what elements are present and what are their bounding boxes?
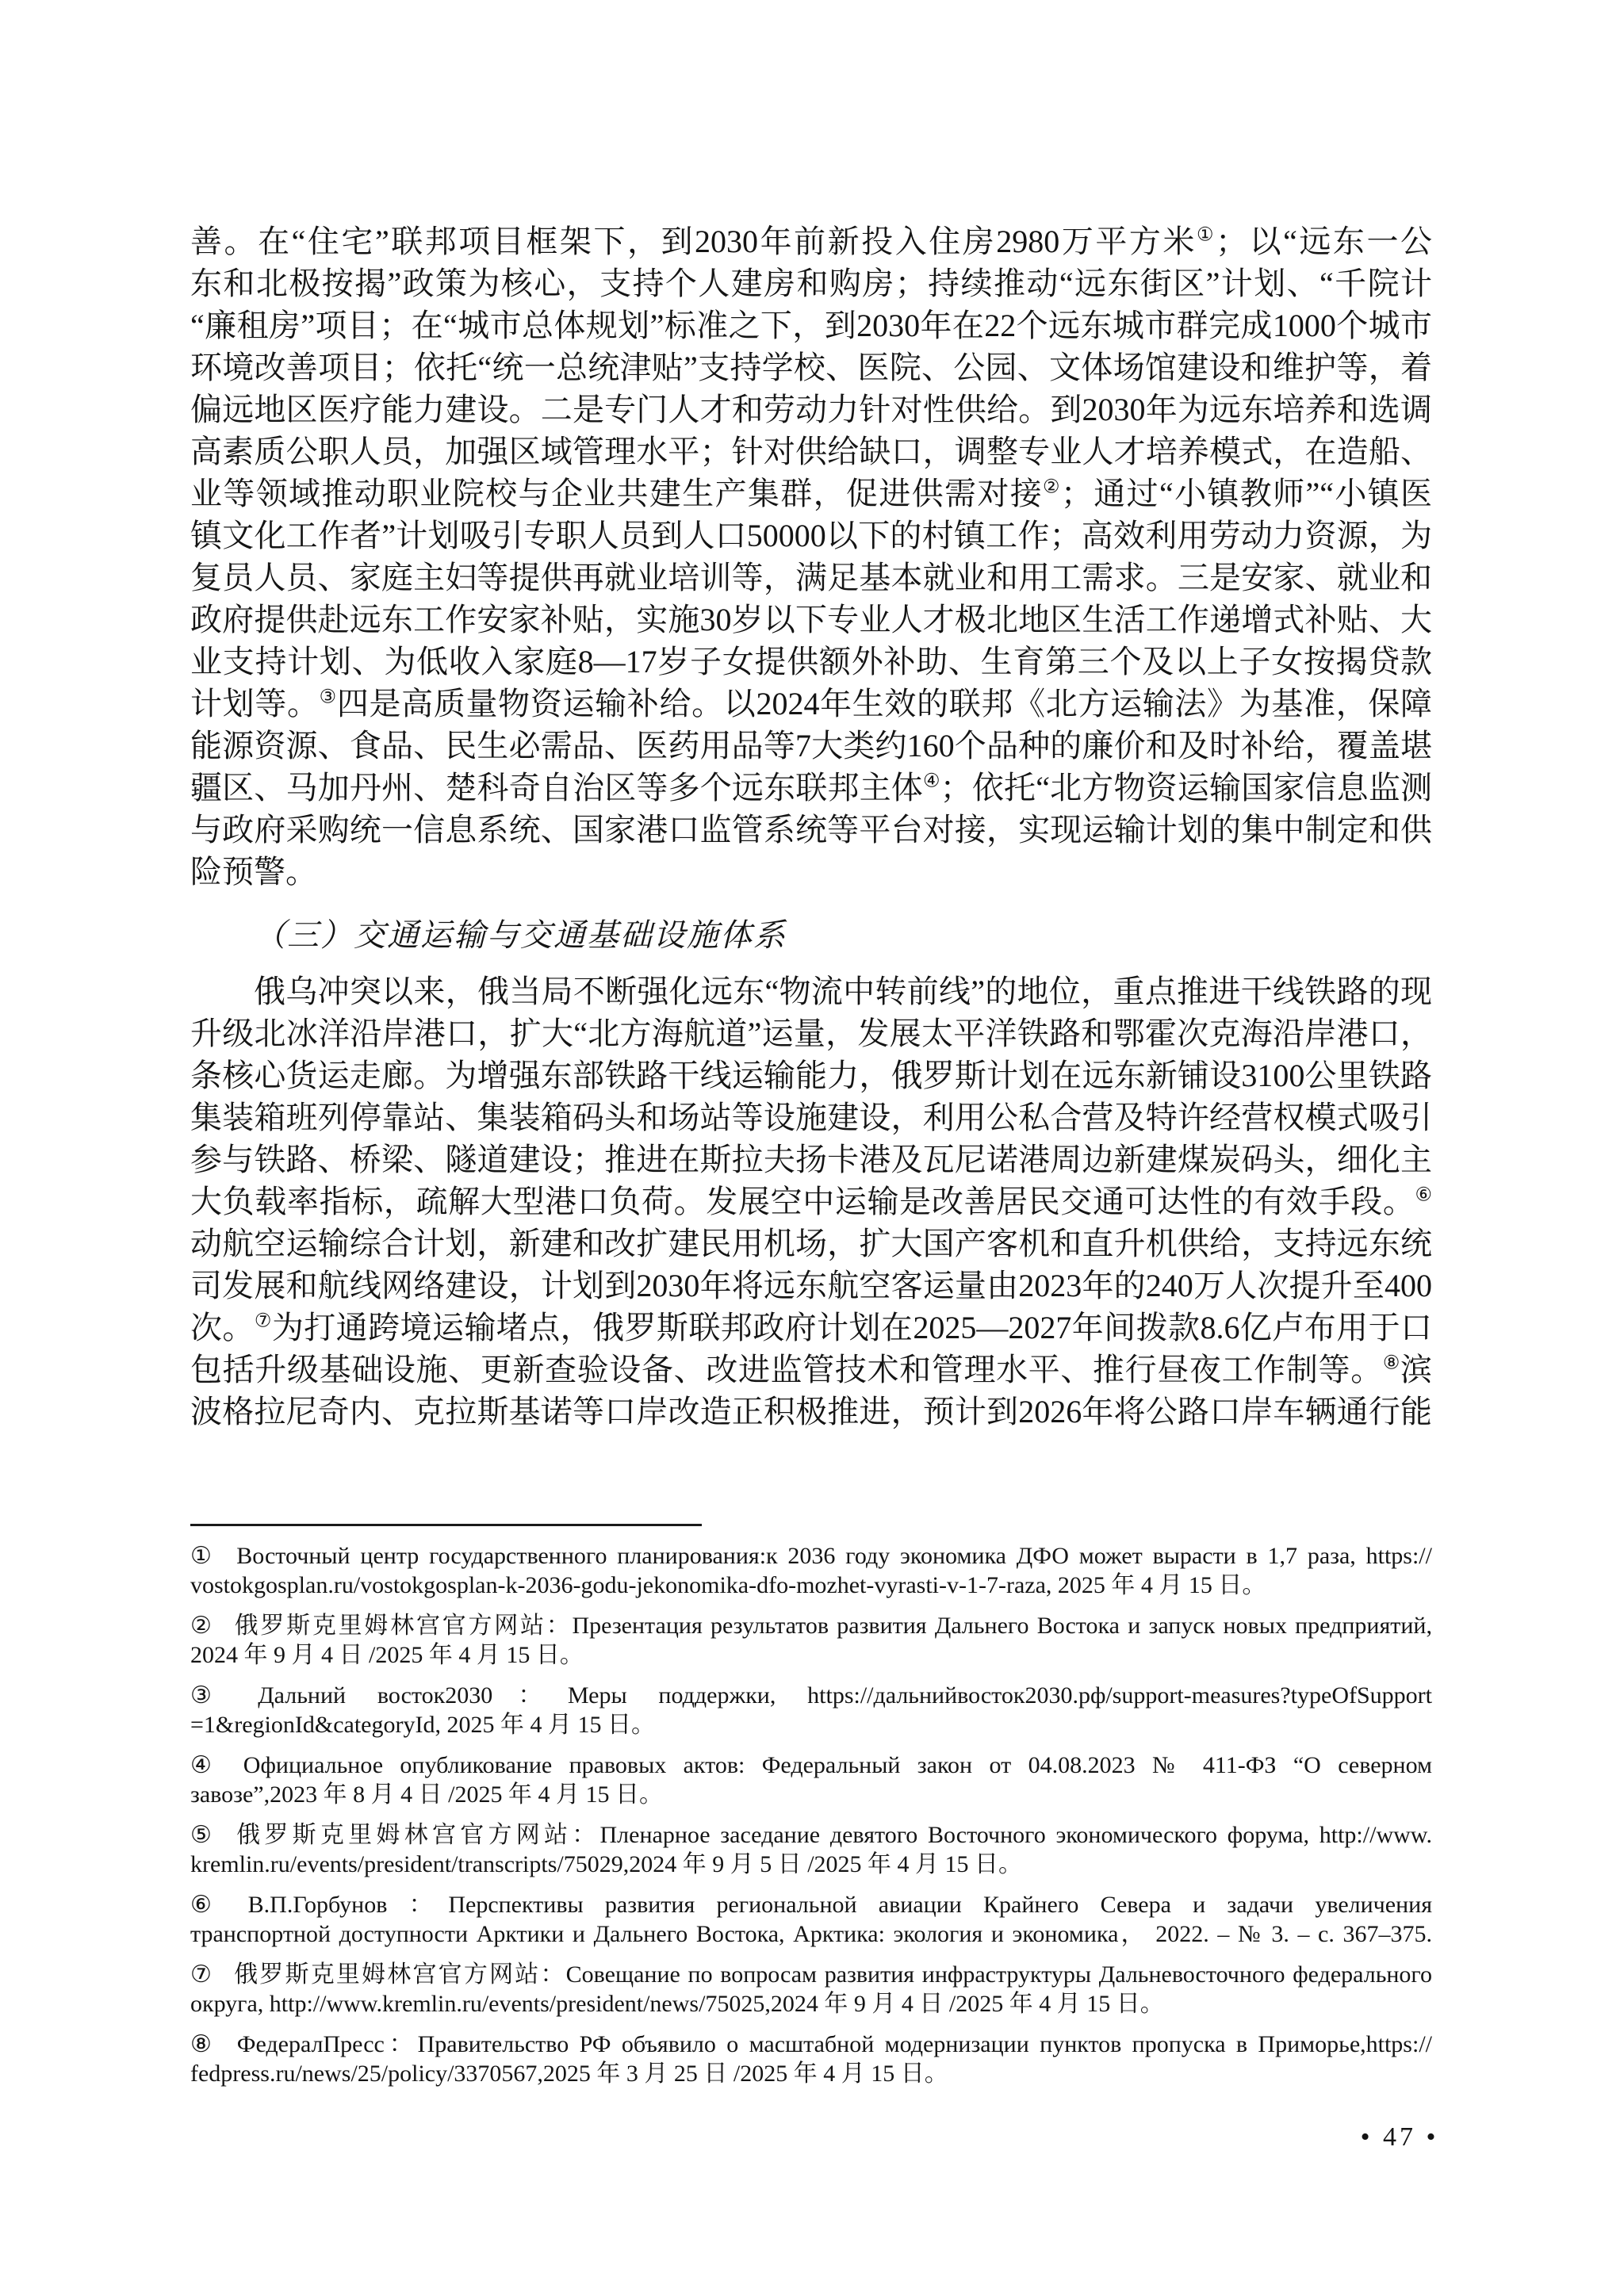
footnote-text: 俄罗斯克里姆林宫官方网站：Совещание по вопросам разви… [234, 1961, 1432, 1988]
text-line: 俄乌冲突以来，俄当局不断强化远东“物流中转前线”的地位，重点推进干线铁路的现代化… [190, 970, 1432, 1012]
footnote-line: ⑦俄罗斯克里姆林宫官方网站：Совещание по вопросам разв… [190, 1960, 1432, 1989]
footnote-line: округа, http://www.kremlin.ru/events/pre… [190, 1989, 1432, 2019]
footnote-line: ⑤俄罗斯克里姆林宫官方网站：Пленарное заседание девято… [190, 1820, 1432, 1850]
text-line: 业等领域推动职业院校与企业共建生产集群，促进供需对接②；通过“小镇教师”“小镇医… [190, 473, 1432, 515]
footnote-line: ⑥В.П.Горбунов ：Перспективы развития реги… [190, 1890, 1432, 1919]
text-line: 能源资源、食品、民生必需品、医药用品等7大类约160个品种的廉价和及时补给，覆盖… [190, 725, 1432, 767]
footnote-text: 俄罗斯克里姆林宫官方网站：Пленарное заседание девятог… [236, 1822, 1432, 1848]
footnote-line: ④Официальное опубликование правовых акто… [190, 1751, 1432, 1780]
text-line: 疆区、马加丹州、楚科奇自治区等多个远东联邦主体④；依托“北方物资运输国家信息监测… [190, 767, 1432, 809]
footnote-number: ④ [190, 1752, 223, 1778]
footnote-number: ⑦ [190, 1961, 213, 1988]
footnote-line: fedpress.ru/news/25/policy/3370567,2025 … [190, 2059, 1432, 2088]
paragraph-2: 俄乌冲突以来，俄当局不断强化远东“物流中转前线”的地位，重点推进干线铁路的现代化… [190, 970, 1432, 1433]
text-line: 与政府采购统一信息系统、国家港口监管系统等平台对接，实现运输计划的集中制定和供应… [190, 809, 1432, 851]
footnote-line: ①Восточный центр государственного планир… [190, 1541, 1432, 1571]
footnote-line: завозе”,2023 年 8 月 4 日 /2025 年 4 月 15 日。 [190, 1780, 1432, 1809]
footnote-item: ②俄罗斯克里姆林宫官方网站：Презентация результатов ра… [190, 1611, 1432, 1670]
footnote-item: ④Официальное опубликование правовых акто… [190, 1751, 1432, 1809]
text-line: 波格拉尼奇内、克拉斯基诺等口岸改造正积极推进，预计到2026年将公路口岸车辆通行… [190, 1391, 1432, 1433]
text-line: 升级北冰洋沿岸港口，扩大“北方海航道”运量，发展太平洋铁路和鄂霍次克海沿岸港口，… [190, 1012, 1432, 1054]
text-line: 高素质公职人员，加强区域管理水平；针对供给缺口，调整专业人才培养模式，在造船、航… [190, 430, 1432, 473]
footnote-text: ФедералПресс：Правительство РФ объявило о… [237, 2031, 1432, 2057]
footnote-item: ①Восточный центр государственного планир… [190, 1541, 1432, 1600]
footnote-line: ⑧ФедералПресс：Правительство РФ объявило … [190, 2030, 1432, 2059]
section-heading: （三）交通运输与交通基础设施体系 [190, 914, 1432, 956]
text-line: 东和北极按揭”政策为核心，支持个人建房和购房；持续推动“远东街区”计划、“千院计… [190, 262, 1432, 304]
footnotes-section: ①Восточный центр государственного планир… [190, 1541, 1432, 2099]
text-line: 条核心货运走廊。为增强东部铁路干线运输能力，俄罗斯计划在远东新铺设3100公里铁… [190, 1054, 1432, 1096]
footnote-number: ③ [190, 1682, 237, 1709]
footnote-separator [190, 1524, 702, 1526]
text-line: 司发展和航线网络建设，计划到2030年将远东航空客运量由2023年的240万人次… [190, 1265, 1432, 1307]
text-line: 参与铁路、桥梁、隧道建设；推进在斯拉夫扬卡港及瓦尼诺港周边新建煤炭码头，细化主要… [190, 1138, 1432, 1181]
footnote-line: транспортной доступности Арктики и Дальн… [190, 1919, 1432, 1949]
footnote-line: 2024 年 9 月 4 日 /2025 年 4 月 15 日。 [190, 1640, 1432, 1670]
text-line: 集装箱班列停靠站、集装箱码头和场站等设施建设，利用公私合营及特许经营权模式吸引私… [190, 1096, 1432, 1138]
text-line: 镇文化工作者”计划吸引专职人员到人口50000以下的村镇工作；高效利用劳动力资源… [190, 515, 1432, 557]
footnote-number: ① [190, 1543, 216, 1569]
footnote-text: В.П.Горбунов ：Перспективы развития регио… [248, 1892, 1432, 1918]
text-line: 计划等。③四是高质量物资运输补给。以2024年生效的联邦《北方运输法》为基准，保… [190, 683, 1432, 725]
text-line: 包括升级基础设施、更新查验设备、改进监管技术和管理水平、推行昼夜工作制等。⑧滨海… [190, 1349, 1432, 1391]
footnote-number: ② [190, 1613, 214, 1639]
footnote-item: ⑦俄罗斯克里姆林宫官方网站：Совещание по вопросам разв… [190, 1960, 1432, 2019]
footnote-item: ③Дальний восток2030：Меры поддержки, http… [190, 1681, 1432, 1739]
text-line: 险预警。 [190, 851, 1432, 893]
text-line: 环境改善项目；依托“统一总统津贴”支持学校、医院、公园、文体场馆建设和维护等，着… [190, 346, 1432, 388]
footnote-item: ⑥В.П.Горбунов ：Перспективы развития реги… [190, 1890, 1432, 1949]
text-line: 偏远地区医疗能力建设。二是专门人才和劳动力针对性供给。到2030年为远东培养和选… [190, 388, 1432, 430]
footnote-text: Официальное опубликование правовых актов… [243, 1752, 1432, 1778]
footnote-line: =1&regionId&categoryId, 2025 年 4 月 15 日。 [190, 1710, 1432, 1739]
text-line: 业支持计划、为低收入家庭8—17岁子女提供额外补助、生育第三个及以上子女按揭贷款… [190, 641, 1432, 683]
footnote-text: Восточный центр государственного планиро… [236, 1543, 1432, 1569]
footnote-text: Дальний восток2030：Меры поддержки, https… [258, 1682, 1432, 1709]
footnote-text: 俄罗斯克里姆林宫官方网站：Презентация результатов раз… [235, 1613, 1432, 1639]
text-line: 次。⑦为打通跨境运输堵点，俄罗斯联邦政府计划在2025—2027年间拨款8.6亿… [190, 1307, 1432, 1349]
text-line: 动航空运输综合计划，新建和改扩建民用机场，扩大国产客机和直升机供给，支持远东统一… [190, 1223, 1432, 1265]
footnote-number: ⑥ [190, 1892, 228, 1918]
text-line: 政府提供赴远东工作安家补贴，实施30岁以下专业人才极北地区生活工作递增式补贴、大… [190, 599, 1432, 641]
text-line: 善。在“住宅”联邦项目框架下，到2030年前新投入住房2980万平方米①；以“远… [190, 220, 1432, 262]
text-line: 大负载率指标，疏解大型港口负荷。发展空中运输是改善居民交通可达性的有效手段。⑥远… [190, 1181, 1432, 1223]
footnote-item: ⑤俄罗斯克里姆林宫官方网站：Пленарное заседание девято… [190, 1820, 1432, 1879]
footnote-number: ⑤ [190, 1822, 216, 1848]
footnote-line: ②俄罗斯克里姆林宫官方网站：Презентация результатов ра… [190, 1611, 1432, 1640]
document-page: 善。在“住宅”联邦项目框架下，到2030年前新投入住房2980万平方米①；以“远… [0, 0, 1624, 2296]
footnote-line: vostokgosplan.ru/vostokgosplan-k-2036-go… [190, 1571, 1432, 1600]
footnote-line: ③Дальний восток2030：Меры поддержки, http… [190, 1681, 1432, 1710]
footnote-line: kremlin.ru/events/president/transcripts/… [190, 1850, 1432, 1879]
page-number: • 47 • [1300, 2122, 1499, 2153]
footnote-number: ⑧ [190, 2031, 216, 2057]
paragraph-1: 善。在“住宅”联邦项目框架下，到2030年前新投入住房2980万平方米①；以“远… [190, 220, 1432, 893]
footnote-item: ⑧ФедералПресс：Правительство РФ объявило … [190, 2030, 1432, 2088]
text-line: “廉租房”项目；在“城市总体规划”标准之下，到2030年在22个远东城市群完成1… [190, 304, 1432, 346]
text-line: 复员人员、家庭主妇等提供再就业培训等，满足基本就业和用工需求。三是安家、就业和生… [190, 557, 1432, 599]
